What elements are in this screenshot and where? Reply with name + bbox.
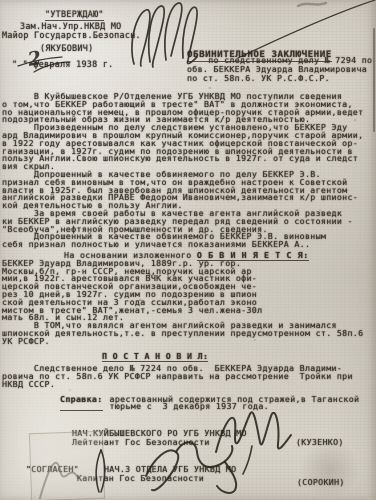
resolution-word: П О С Т А Н О В И Л: bbox=[102, 351, 208, 363]
accused-personal-details: БЕККЕР Эдуард Владимирович, 1889г.р. ур.… bbox=[2, 260, 266, 322]
faint-archive-stamp bbox=[29, 431, 105, 500]
scanned-document-page: "УТВЕРЖДАЮ" Зам.Нач.Упр.НКВД МО Майор Го… bbox=[0, 0, 376, 500]
paragraph-investigation-findings: Произведенным по делу следствием установ… bbox=[2, 124, 374, 171]
paragraph-resolution: Следственное дело № 7224 по обв. БЕККЕРА… bbox=[2, 365, 374, 388]
paragraph-information-passed: За время своей работы в качестве агента … bbox=[2, 210, 374, 233]
reference-label: Справка: bbox=[60, 396, 103, 412]
document-body: В Куйбышевское Р/Отделение УГБ УНКВД МО … bbox=[2, 93, 374, 411]
reference-text: арестованный содержится под стражей,в Та… bbox=[110, 396, 360, 412]
paragraph-guilt-admitted: Допрошенный в качестве обвиняемого БЕККЕ… bbox=[2, 233, 374, 249]
document-title-subtitle: по следственному делу № 7294 по обв. БЕК… bbox=[187, 56, 373, 82]
scan-edge-artifact bbox=[373, 28, 375, 132]
approval-stamp-word: "УТВЕРЖДАЮ" bbox=[45, 9, 104, 21]
approval-rank-line: Майор Государств.Безопасн. bbox=[2, 31, 141, 40]
signatory2-name: (СОРОКИН) bbox=[297, 478, 345, 487]
approval-date-line: " " февраля 1938 г. bbox=[12, 60, 114, 69]
approval-block: "УТВЕРЖДАЮ" bbox=[45, 10, 104, 19]
top-right-smudge bbox=[298, 3, 326, 6]
paragraph-intelligence-received: В Куйбышевское Р/Отделение УГБ УНКВД МО … bbox=[2, 93, 374, 124]
signatory1-name: (КУЗЕНКО) bbox=[296, 438, 344, 447]
reference-note: Справка: арестованный содержится под стр… bbox=[60, 396, 374, 412]
paragraph-confession: Допрошенный в качестве обвиняемого по де… bbox=[2, 171, 374, 210]
resolution-heading-line: П О С Т А Н О В И Л: bbox=[2, 353, 374, 361]
paragraph-charge-article: В ТОМ,что являлся агентом английской раз… bbox=[2, 322, 374, 345]
approval-signer-name: (ЯКУБОВИЧ) bbox=[40, 44, 93, 53]
